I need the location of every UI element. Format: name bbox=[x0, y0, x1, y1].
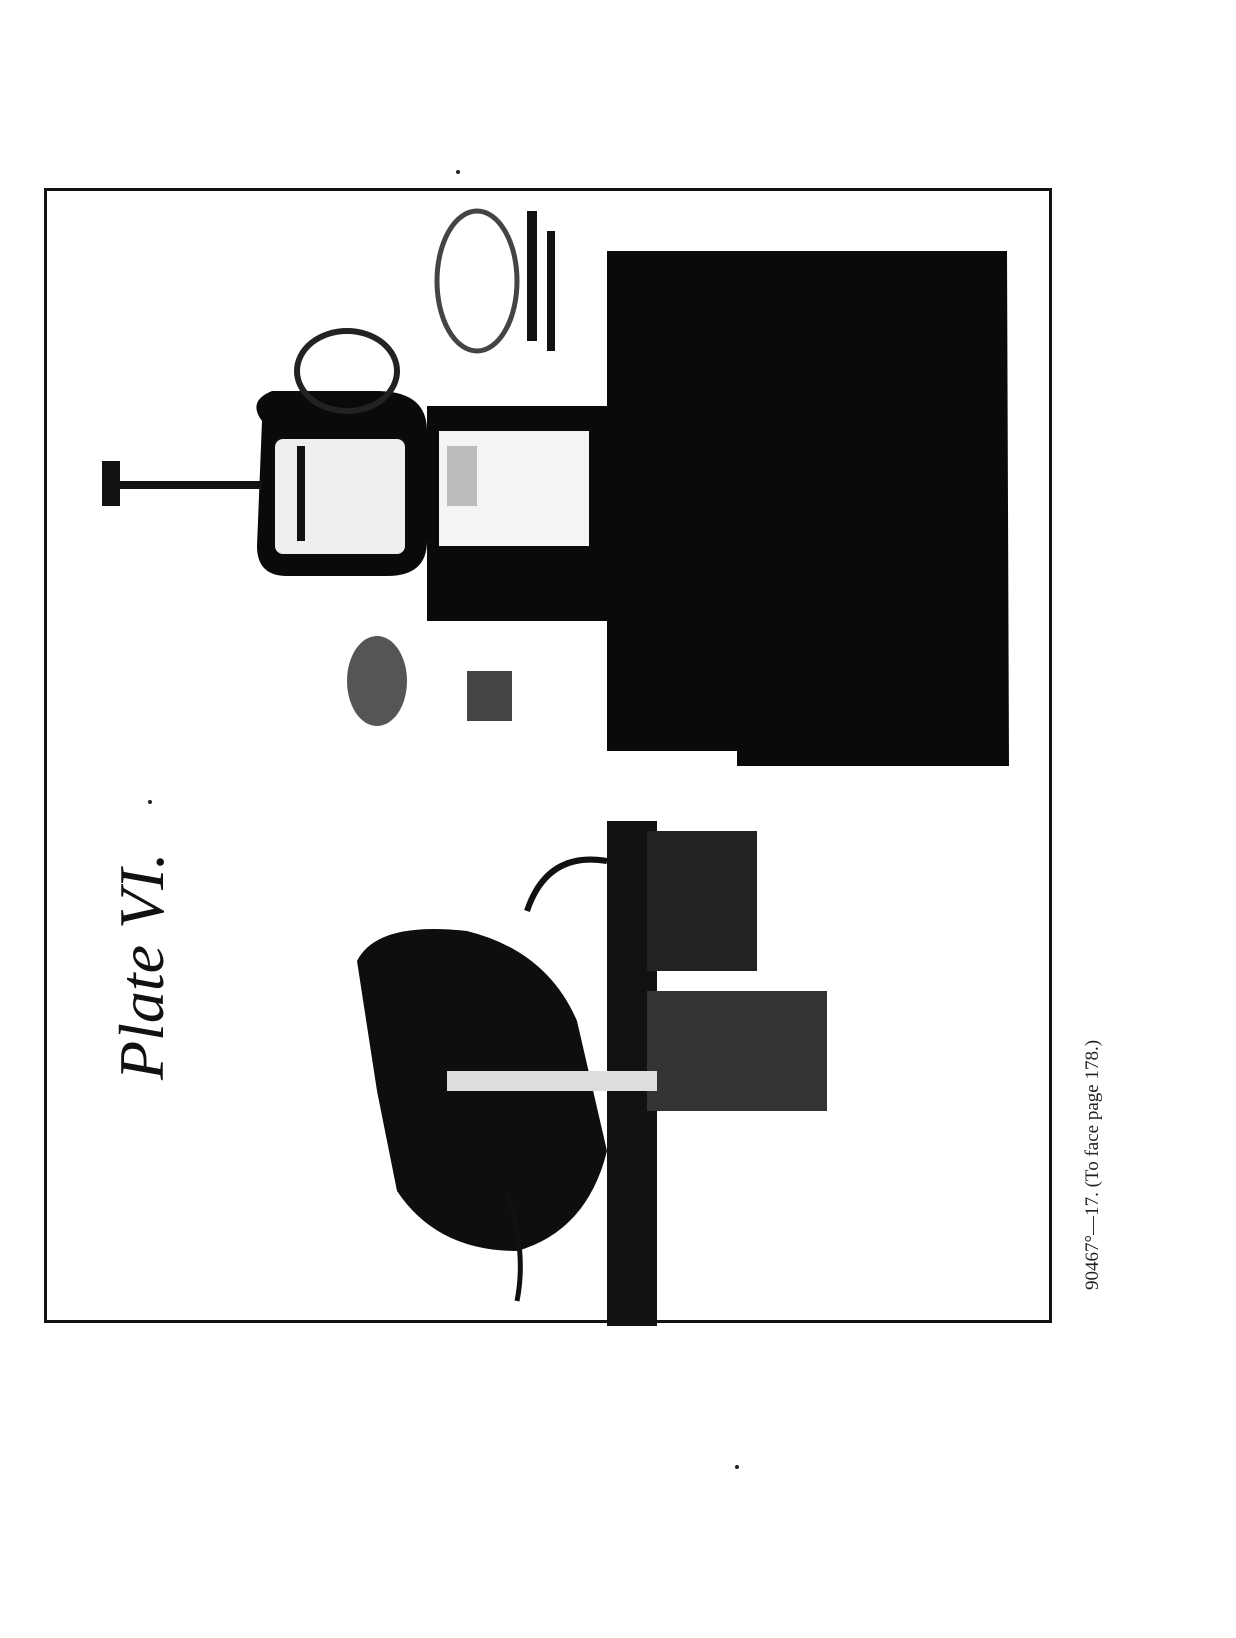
speck bbox=[148, 800, 152, 804]
machine-cabinet bbox=[607, 251, 1009, 766]
plate-frame bbox=[44, 188, 1052, 1323]
plate-caption: 90467°—17. (To face page 178.) bbox=[1082, 1040, 1104, 1290]
plate-photograph bbox=[47, 191, 1055, 1326]
handle bbox=[117, 481, 262, 489]
speck bbox=[735, 1465, 739, 1469]
plate-title: Plate VI. bbox=[105, 853, 179, 1080]
bottle bbox=[347, 636, 407, 726]
speck bbox=[456, 170, 460, 174]
